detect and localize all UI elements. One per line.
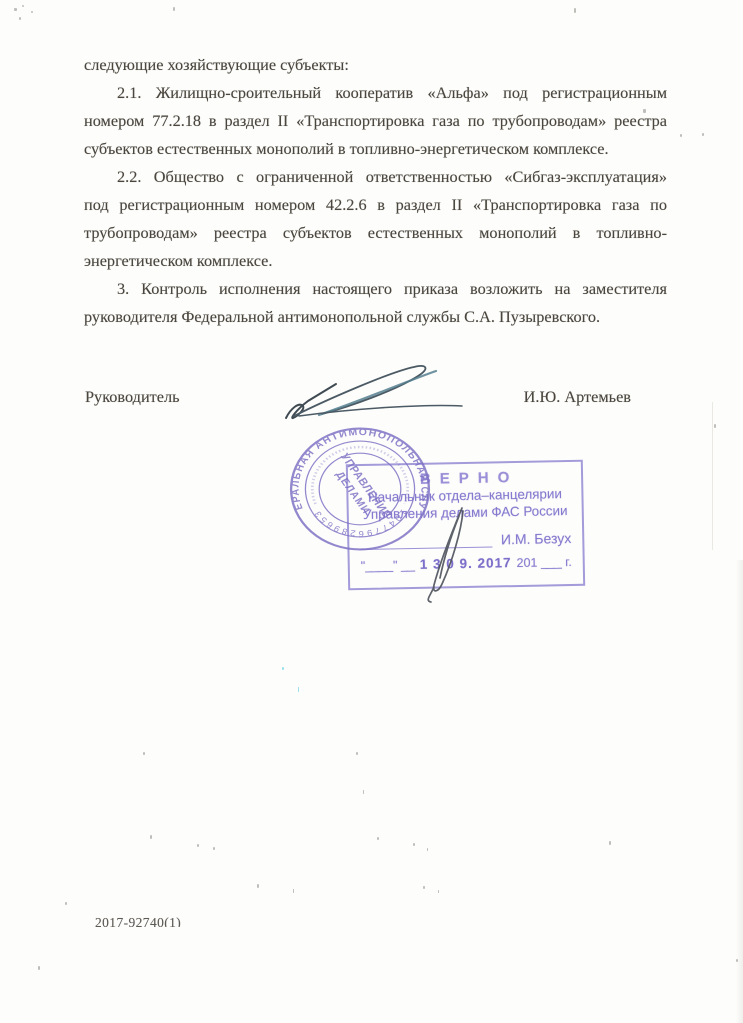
scan-speck — [609, 841, 611, 845]
scan-speck — [413, 843, 415, 846]
body-line: номером 77.2.18 в раздел II «Транспортир… — [84, 107, 667, 135]
scan-speck — [282, 667, 284, 670]
document-body: следующие хозяйствующие субъекты: 2.1. Ж… — [84, 51, 667, 331]
body-line: следующие хозяйствующие субъекты: — [84, 51, 667, 79]
clerk-signature-ink — [405, 478, 495, 610]
scan-speck — [714, 424, 716, 428]
scan-speck — [197, 844, 199, 847]
scan-speck — [363, 790, 364, 794]
scanned-document-page: следующие хозяйствующие субъекты: 2.1. Ж… — [0, 0, 743, 1023]
scan-speck — [65, 902, 67, 905]
scan-speck — [293, 889, 294, 893]
scan-speck — [427, 848, 428, 851]
scan-speck — [19, 17, 21, 20]
body-line: трубопроводам» реестра субъектов естеств… — [84, 219, 667, 247]
scan-edge-shadow — [736, 560, 743, 1023]
body-line: 2.1. Жилищно-сроительный кооператив «Аль… — [84, 79, 667, 107]
scan-speck — [643, 109, 646, 113]
scan-speck — [213, 847, 215, 850]
scan-speck — [14, 8, 17, 11]
scan-speck — [574, 8, 576, 13]
body-line: энергетическом комплексе. — [84, 247, 667, 275]
scan-artifact-line — [712, 402, 713, 550]
scan-speck — [356, 752, 358, 755]
scan-speck — [377, 837, 379, 840]
scan-speck — [702, 133, 704, 136]
scan-speck — [38, 966, 40, 970]
document-code: 2017-92740(1) — [95, 915, 181, 927]
signatory-title: Руководитель — [85, 387, 180, 407]
body-line: 3. Контроль исполнения настоящего приказ… — [84, 275, 667, 303]
scan-speck — [298, 687, 299, 692]
scan-speck — [438, 890, 439, 893]
scan-speck — [143, 752, 145, 755]
scan-speck — [31, 11, 33, 13]
body-line: 2.2. Общество с ограниченной ответственн… — [84, 163, 667, 191]
scan-speck — [680, 134, 682, 137]
body-line: субъектов естественных монополий в топли… — [84, 135, 667, 163]
signatory-name: И.Ю. Артемьев — [524, 387, 631, 407]
scan-speck — [22, 5, 24, 7]
stamp-signatory-name: И.М. Безух — [501, 530, 572, 547]
body-line: под регистрационным номером 42.2.6 в раз… — [84, 191, 667, 219]
scan-speck — [423, 886, 425, 889]
scan-speck — [150, 835, 152, 839]
scan-speck — [257, 884, 259, 888]
director-signature-ink — [278, 358, 478, 453]
scan-speck — [173, 7, 175, 11]
date-suffix: 201 ___ г. — [516, 555, 571, 570]
body-line: руководителя Федеральной антимонопольной… — [84, 303, 667, 331]
